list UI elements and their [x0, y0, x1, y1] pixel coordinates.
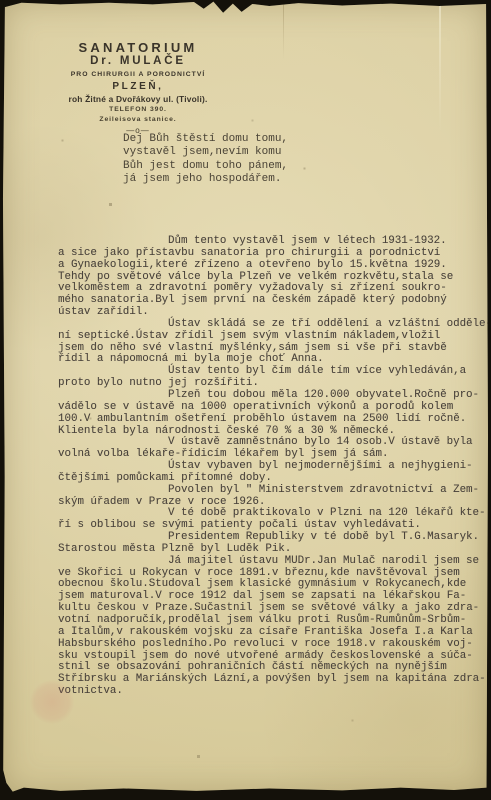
paragraph-house-built: Dům tento vystavěl jsem v létech 1931-19…	[58, 236, 486, 319]
paragraph-expansion: Ústav tento byl čím dále tím více vyhled…	[58, 366, 486, 390]
paper-specks	[2, 0, 3, 1]
letterhead-station: Zeileisova stanice.	[40, 115, 236, 124]
paragraph-authorization: Povolen byl " Ministerstvem zdravotnictv…	[58, 485, 486, 509]
paragraph-biography: Já majitel ústavu MUDr.Jan Mulač narodil…	[58, 556, 486, 698]
paragraph-statistics: Plzeň tou dobou měla 120.000 obyvatel.Ro…	[58, 390, 486, 437]
faint-round-stamp	[30, 680, 74, 724]
letterhead-doctor-name: Dr. MULAČE	[40, 55, 236, 68]
fold-crease-top	[283, 3, 284, 59]
paragraph-president: Presidentem Republiky v té době byl T.G.…	[58, 532, 486, 556]
letterhead-phone: TELEFON 390.	[40, 105, 236, 114]
document-page: SANATORIUM Dr. MULAČE PRO CHIRURGII A PO…	[2, 0, 488, 794]
letterhead-address: roh Žitné a Dvořákovy ul. (Tivoli).	[40, 94, 236, 104]
dedication-poem: Dej Bůh štěstí domu tomu, vystavěl jsem,…	[123, 133, 288, 187]
letterhead-city: PLZEŇ,	[40, 81, 236, 93]
paragraph-departments: Ústav skládá se ze tří oddělení a vzlášt…	[58, 319, 486, 366]
letterhead-subtitle: PRO CHIRURGII A PORODNICTVÍ	[40, 70, 236, 79]
paragraph-equipment: Ústav vybaven byl nejmodernějšími a nejh…	[58, 461, 486, 485]
paragraph-staff: V ústavě zamněstnáno bylo 14 osob.V ústa…	[58, 437, 486, 461]
paragraph-doctors: V té době praktikovalo v Plzni na 120 lé…	[58, 508, 486, 532]
letterhead: SANATORIUM Dr. MULAČE PRO CHIRURGII A PO…	[40, 40, 236, 135]
typewritten-body: Dům tento vystavěl jsem v létech 1931-19…	[58, 236, 486, 698]
scanned-document-photo: { "letterhead": { "name_line1": "SANATOR…	[0, 0, 491, 800]
fold-crease-right	[439, 4, 441, 134]
letterhead-sanatorium: SANATORIUM	[40, 40, 236, 55]
